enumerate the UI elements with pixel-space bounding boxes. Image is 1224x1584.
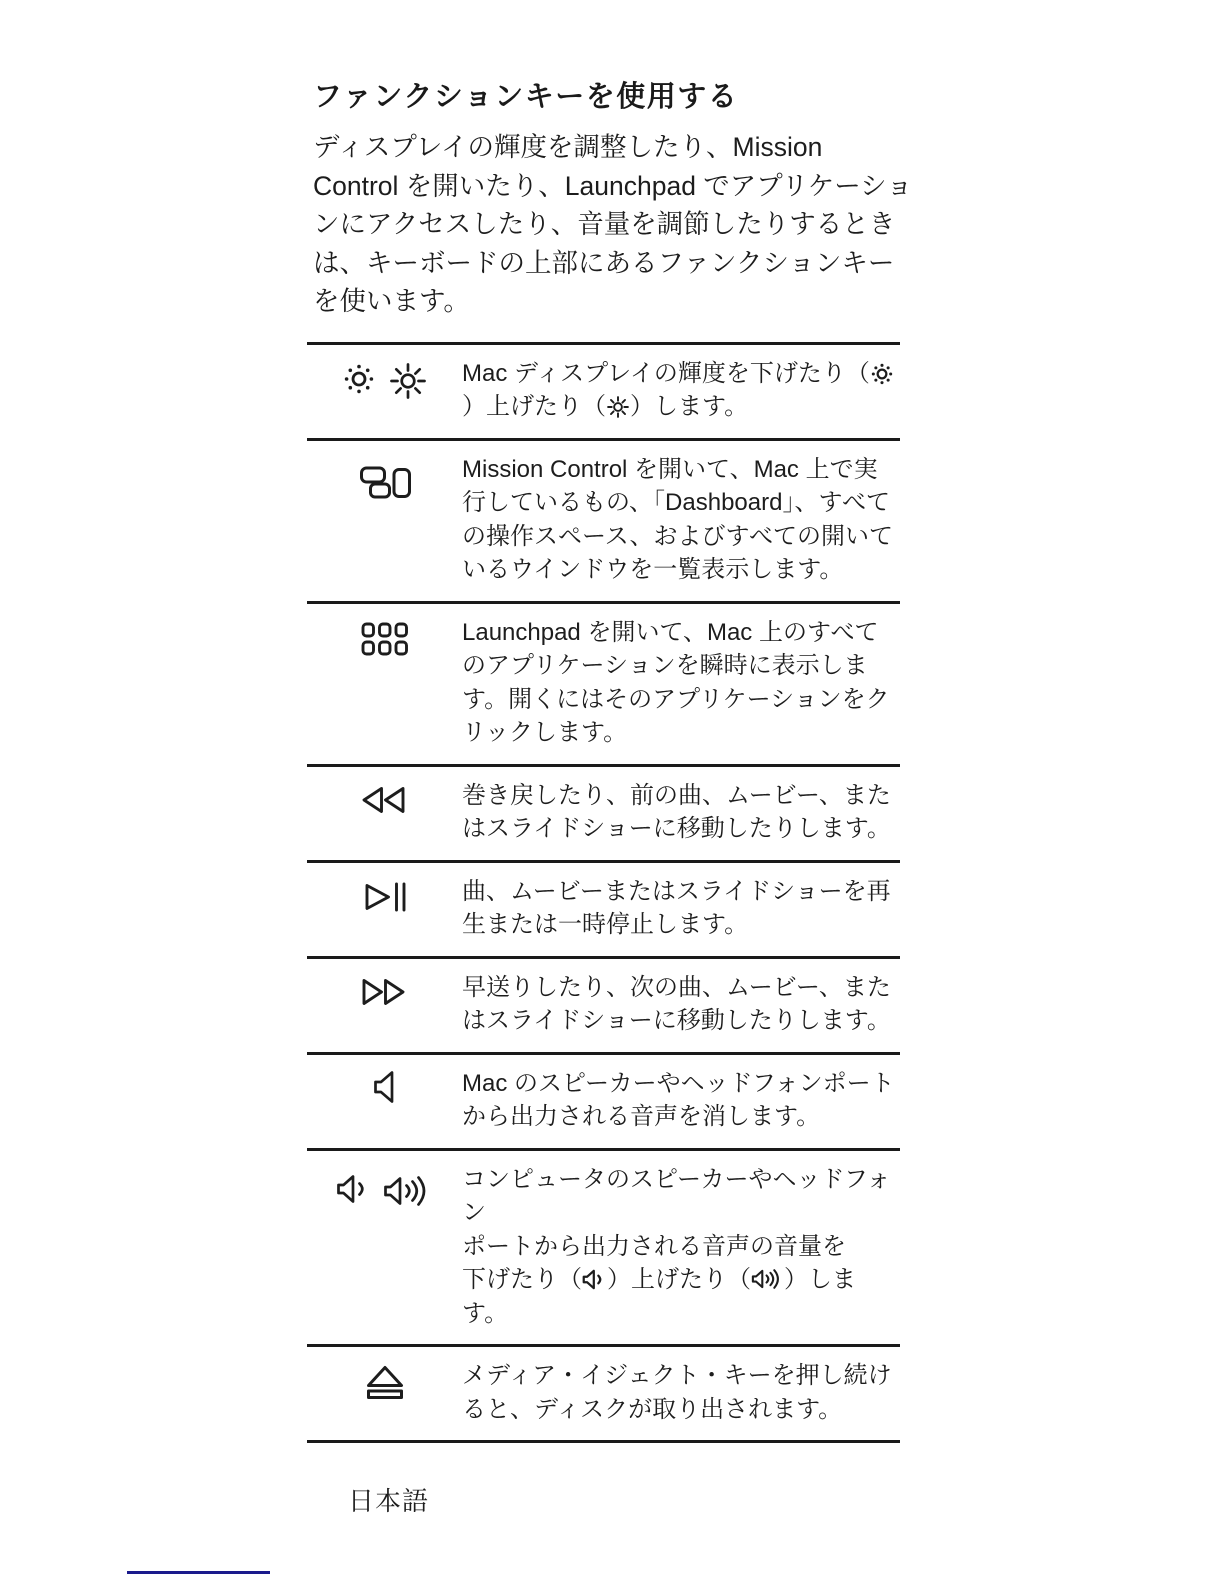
- volume-down-icon: [336, 1171, 372, 1207]
- brightness-down-icon: [341, 361, 377, 397]
- row-text: 巻き戻したり、前の曲、ムービー、またはスライドショーに移動したりします。: [462, 782, 891, 843]
- row-text: メディア・イジェクト・キーを押し続けると、ディスクが取り出されます。: [462, 1362, 892, 1423]
- icon-cell: [307, 959, 462, 1052]
- icon-cell: [307, 1055, 462, 1148]
- row-description: 曲、ムービーまたはスライドショーを再生または一時停止します。: [462, 863, 900, 956]
- row-description: Mac のスピーカーやヘッドフォンポートから出力される音声を消します。: [462, 1055, 900, 1148]
- icon-cell: [307, 1347, 462, 1440]
- launchpad-icon: [361, 622, 409, 658]
- icon-cell: [307, 1151, 462, 1345]
- brightness-up-icon: [388, 361, 428, 401]
- row-text: ）上げたり（: [607, 1266, 751, 1293]
- icon-cell: [307, 767, 462, 860]
- row-text: Mission Control を開いて、Mac 上で実行しているもの、「Das…: [462, 456, 893, 584]
- row-description: Mac ディスプレイの輝度を下げたり（）上げたり（）します。: [462, 345, 900, 438]
- row-description: Mission Control を開いて、Mac 上で実行しているもの、「Das…: [462, 441, 900, 601]
- table-row-play-pause: 曲、ムービーまたはスライドショーを再生または一時停止します。: [307, 860, 900, 956]
- table-row-mute: Mac のスピーカーやヘッドフォンポートから出力される音声を消します。: [307, 1052, 900, 1148]
- intro-paragraph: ディスプレイの輝度を調整したり、Mission Control を開いたり、La…: [313, 128, 913, 321]
- volume-up-icon: [751, 1266, 784, 1293]
- icon-cell: [307, 345, 462, 438]
- fast-forward-icon: [360, 977, 410, 1007]
- row-text: 下げたり（: [462, 1266, 582, 1293]
- table-row-launchpad: Launchpad を開いて、Mac 上のすべてのアプリケーションを瞬時に表示し…: [307, 601, 900, 764]
- row-description: 巻き戻したり、前の曲、ムービー、またはスライドショーに移動したりします。: [462, 767, 900, 860]
- page-title: ファンクションキーを使用する: [313, 74, 903, 115]
- icon-cell: [307, 604, 462, 764]
- row-text: 曲、ムービーまたはスライドショーを再生または一時停止します。: [462, 878, 891, 939]
- row-text: ）上げたり（: [462, 393, 606, 420]
- footer-language-label: 日本語: [348, 1481, 429, 1518]
- mute-icon: [373, 1069, 397, 1105]
- table-row-volume: コンピュータのスピーカーやヘッドフォン ポートから出力される音声の音量を 下げた…: [307, 1148, 900, 1345]
- eject-icon: [363, 1364, 407, 1402]
- row-text: コンピュータのスピーカーやヘッドフォン: [462, 1166, 891, 1227]
- row-text: ）します。: [630, 393, 748, 420]
- table-row-mission-control: Mission Control を開いて、Mac 上で実行しているもの、「Das…: [307, 438, 900, 601]
- icon-cell: [307, 863, 462, 956]
- row-description: 早送りしたり、次の曲、ムービー、またはスライドショーに移動したりします。: [462, 959, 900, 1052]
- footer-rule: [127, 1571, 270, 1574]
- row-description: コンピュータのスピーカーやヘッドフォン ポートから出力される音声の音量を 下げた…: [462, 1151, 900, 1345]
- row-description: メディア・イジェクト・キーを押し続けると、ディスクが取り出されます。: [462, 1347, 900, 1440]
- table-row-eject: メディア・イジェクト・キーを押し続けると、ディスクが取り出されます。: [307, 1344, 900, 1440]
- page-content: ファンクションキーを使用する ディスプレイの輝度を調整したり、Mission C…: [307, 74, 903, 1443]
- row-text: ポートから出力される音声の音量を: [462, 1233, 846, 1260]
- brightness-up-icon: [606, 393, 630, 420]
- row-text: Mac のスピーカーやヘッドフォンポートから出力される音声を消します。: [462, 1070, 895, 1131]
- play-pause-icon: [362, 881, 408, 913]
- mission-control-icon: [359, 459, 411, 501]
- volume-up-icon: [383, 1171, 433, 1211]
- table-row-rewind: 巻き戻したり、前の曲、ムービー、またはスライドショーに移動したりします。: [307, 764, 900, 860]
- row-description: Launchpad を開いて、Mac 上のすべてのアプリケーションを瞬時に表示し…: [462, 604, 900, 764]
- row-text: 早送りしたり、次の曲、ムービー、またはスライドショーに移動したりします。: [462, 974, 891, 1035]
- volume-down-icon: [582, 1266, 607, 1293]
- row-text: Mac ディスプレイの輝度を下げたり（: [462, 360, 870, 387]
- function-key-table: Mac ディスプレイの輝度を下げたり（）上げたり（）します。 Mission C…: [307, 342, 900, 1444]
- icon-cell: [307, 441, 462, 601]
- table-row-brightness: Mac ディスプレイの輝度を下げたり（）上げたり（）します。: [307, 342, 900, 438]
- brightness-down-icon: [870, 360, 894, 387]
- row-text: Launchpad を開いて、Mac 上のすべてのアプリケーションを瞬時に表示し…: [462, 619, 890, 747]
- rewind-icon: [360, 785, 410, 815]
- table-row-fast-forward: 早送りしたり、次の曲、ムービー、またはスライドショーに移動したりします。: [307, 956, 900, 1052]
